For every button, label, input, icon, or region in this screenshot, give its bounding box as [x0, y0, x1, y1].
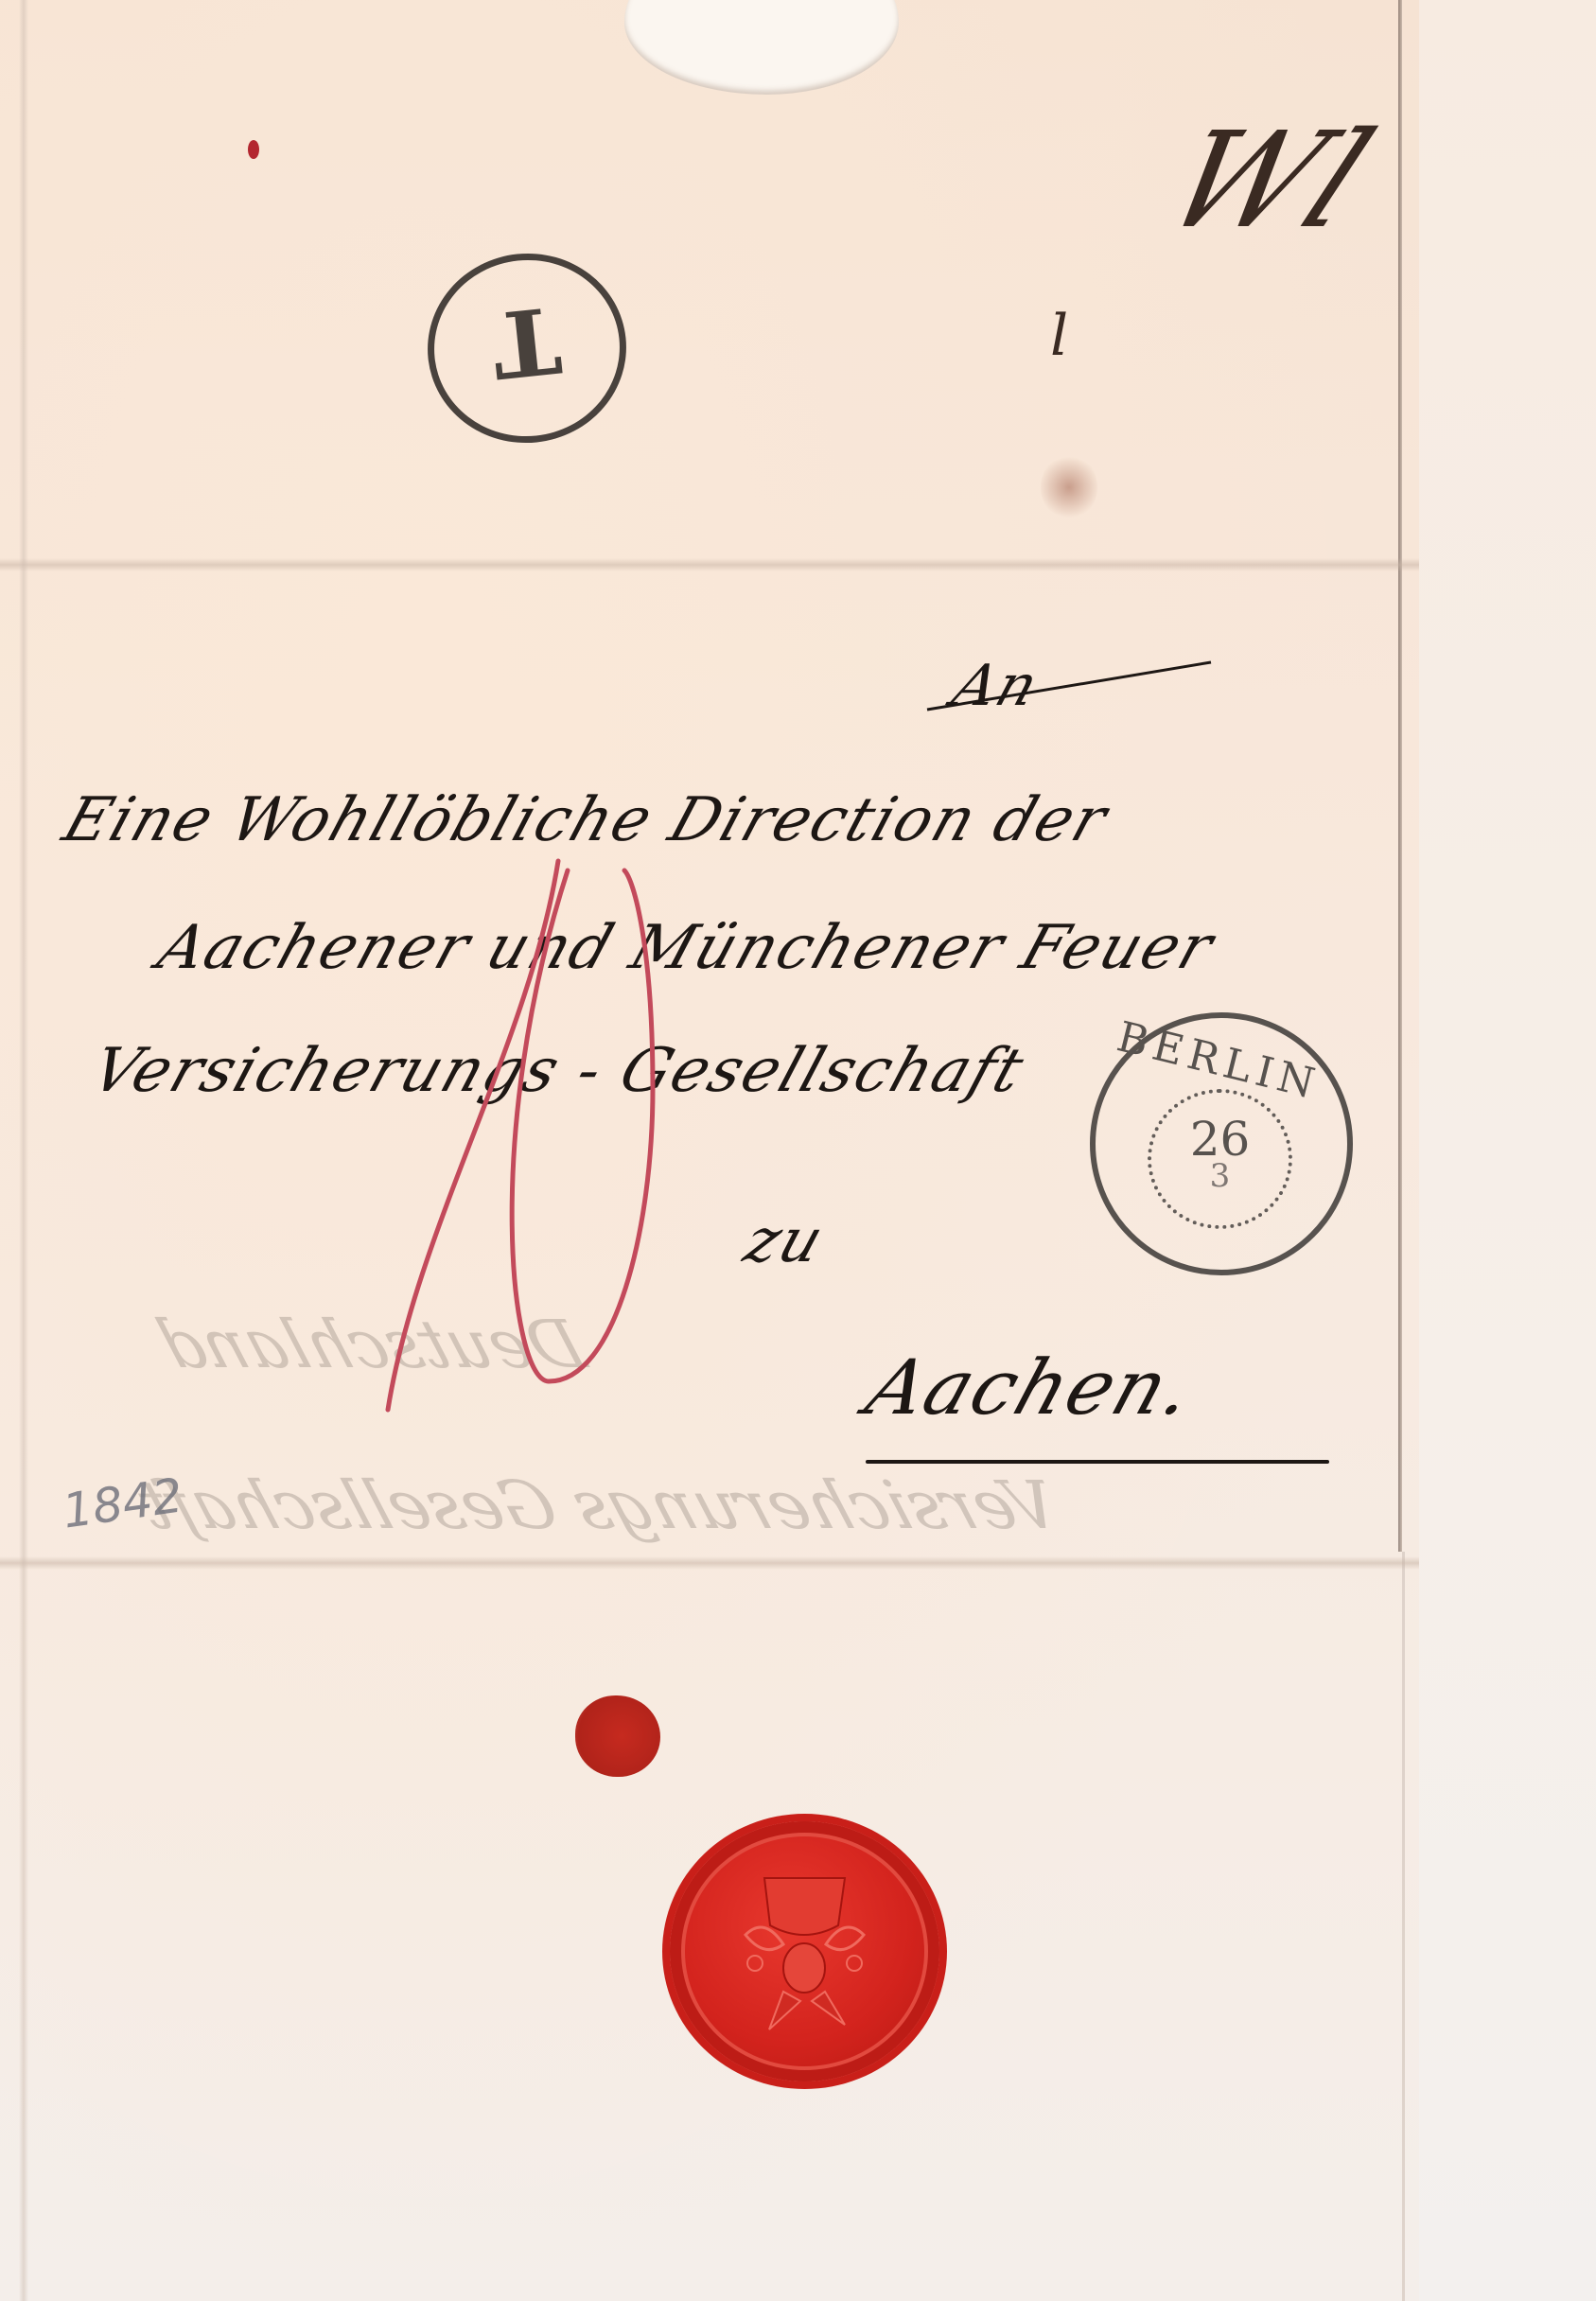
berlin-postmark: BERLIN 26 3 — [1090, 1012, 1353, 1275]
postmark-month: 3 — [1151, 1157, 1289, 1195]
manuscript-mark-small: l — [1050, 303, 1070, 369]
flap-edge-lower — [1402, 1552, 1405, 2301]
address-prefix-flourish — [927, 662, 1230, 719]
red-dot — [248, 140, 259, 159]
seal-crest-icon — [727, 1869, 883, 2034]
fold-line-upper — [0, 558, 1419, 571]
small-wax-seal — [575, 1695, 660, 1777]
red-wax-seal — [670, 1821, 939, 2081]
tax-stamp-letter: T — [429, 279, 624, 405]
city-underline — [866, 1460, 1329, 1464]
foxing-stain — [1041, 454, 1097, 520]
fold-line-lower — [0, 1556, 1419, 1570]
address-city: Aachen. — [856, 1344, 1206, 1432]
red-charge-mark-10 — [369, 852, 823, 1419]
fold-line-left — [19, 0, 28, 2301]
address-line-1: Eine Wohllöbliche Direction der — [55, 785, 1116, 855]
flap-edge — [1398, 0, 1402, 1552]
back-flap — [1419, 0, 1596, 2301]
bleed-through-line-2: Versicherungs Gesellschaft — [130, 1467, 1068, 1544]
postmark-inner-ring: 26 3 — [1148, 1089, 1292, 1229]
